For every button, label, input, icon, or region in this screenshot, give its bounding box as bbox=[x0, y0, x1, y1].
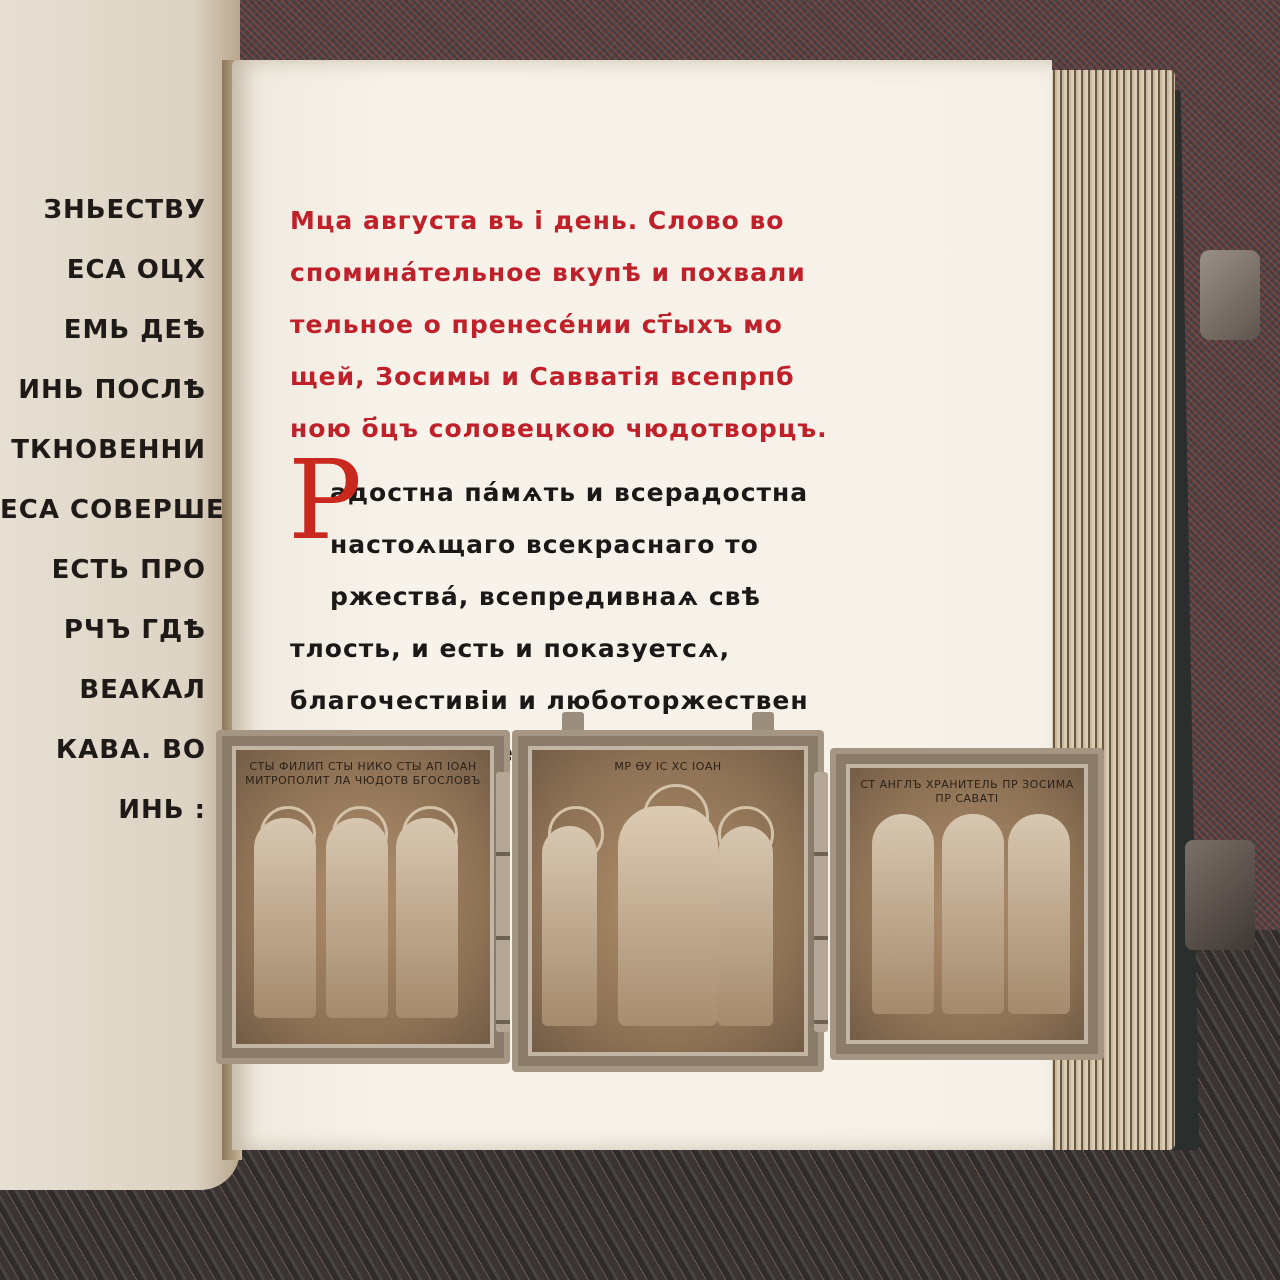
heading-line: тельное о пренесе́нии ст҃ыхъ мо bbox=[290, 299, 870, 351]
left-line: ЕСА ОЦХ bbox=[0, 240, 230, 300]
panel-inscription: СТ АНГЛЪ ХРАНИТЕЛЬ ПР ЗОСИМА ПР САВАТІ bbox=[858, 778, 1076, 806]
heading-line: щей, Зосимы и Савватія всепрпб bbox=[290, 351, 870, 403]
saint-figure bbox=[326, 818, 388, 1018]
hinge bbox=[814, 772, 828, 1032]
baptist-figure bbox=[718, 826, 773, 1026]
right-page-text: Мца августа въ і день. Слово во спомина́… bbox=[290, 195, 870, 779]
panel-inscription: СТЫ ФИЛИП СТЫ НИКО СТЫ АП ІОАН МИТРОПОЛИ… bbox=[244, 760, 482, 788]
heading-line: ною о҃цъ соловецкою чюдотворцъ. bbox=[290, 403, 870, 455]
panel-inscription: МР ѲУ ІС ХС ІОАН bbox=[540, 760, 796, 774]
left-line: КАВА. ВО bbox=[0, 720, 230, 780]
triptych-left-panel: СТЫ ФИЛИП СТЫ НИКО СТЫ АП ІОАН МИТРОПОЛИ… bbox=[216, 730, 510, 1064]
left-line: ТКНОВЕННИ bbox=[0, 420, 230, 480]
heading-line: спомина́тельное вкупѣ и похвали bbox=[290, 247, 870, 299]
triptych-right-panel: СТ АНГЛЪ ХРАНИТЕЛЬ ПР ЗОСИМА ПР САВАТІ bbox=[830, 748, 1104, 1060]
book-clasp-bottom bbox=[1185, 840, 1255, 950]
left-page: ЗНЬЕСТВУ ЕСА ОЦХ ЕМЬ ДЕѢ ИНЬ ПОСЛѢ ТКНОВ… bbox=[0, 0, 240, 1190]
left-line: ИНЬ : bbox=[0, 780, 230, 840]
angel-figure bbox=[872, 814, 934, 1014]
left-line: ЗНЬЕСТВУ bbox=[0, 180, 230, 240]
heading-line: Мца августа въ і день. Слово во bbox=[290, 195, 870, 247]
left-line: ЕСА СОВЕРШЕ bbox=[0, 480, 230, 540]
hinge bbox=[496, 772, 510, 1032]
body-line: ржества́, всепредивнаѧ свѣ bbox=[290, 571, 870, 623]
brass-triptych-icon: СТЫ ФИЛИП СТЫ НИКО СТЫ АП ІОАН МИТРОПОЛИ… bbox=[212, 712, 1092, 1062]
illuminated-initial: Р bbox=[288, 445, 362, 555]
christ-enthroned-figure bbox=[618, 806, 718, 1026]
theotokos-figure bbox=[542, 826, 597, 1026]
body-line: адостна па́мѧть и всерадостна bbox=[290, 467, 870, 519]
saint-figure bbox=[1008, 814, 1070, 1014]
left-line: ВЕАКАЛ bbox=[0, 660, 230, 720]
body-line: тлость, и есть и показуетсѧ, bbox=[290, 623, 870, 675]
book-clasp-top bbox=[1200, 250, 1260, 340]
saint-figure bbox=[942, 814, 1004, 1014]
saint-figure bbox=[396, 818, 458, 1018]
saint-figure bbox=[254, 818, 316, 1018]
left-line: ИНЬ ПОСЛѢ bbox=[0, 360, 230, 420]
left-line: РЧЪ ГДѢ bbox=[0, 600, 230, 660]
triptych-center-panel: МР ѲУ ІС ХС ІОАН bbox=[512, 730, 824, 1072]
body-line: настоѧщаго всекраснаго то bbox=[290, 519, 870, 571]
left-line: ЕСТЬ ПРО bbox=[0, 540, 230, 600]
left-page-text: ЗНЬЕСТВУ ЕСА ОЦХ ЕМЬ ДЕѢ ИНЬ ПОСЛѢ ТКНОВ… bbox=[0, 180, 230, 840]
left-line: ЕМЬ ДЕѢ bbox=[0, 300, 230, 360]
